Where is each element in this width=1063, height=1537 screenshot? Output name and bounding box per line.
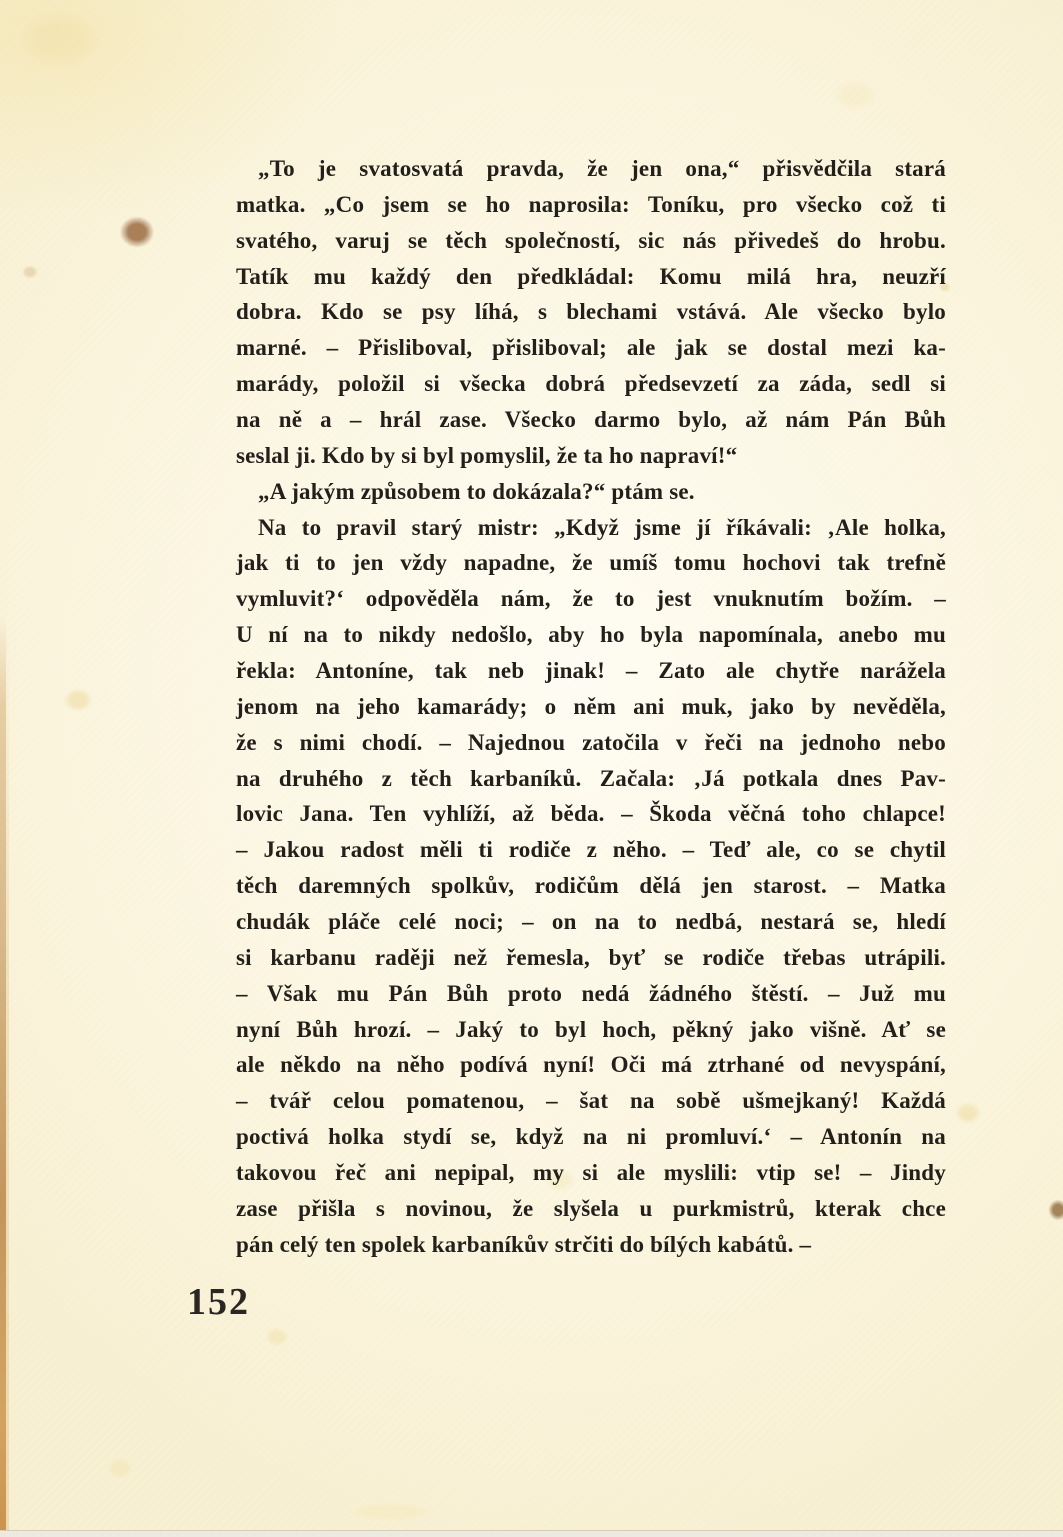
text-line: že s nimi chodí. – Najednou zatočila v ř… xyxy=(236,725,946,761)
text-line: těch daremných spolkův, rodičům dělá jen… xyxy=(236,868,946,904)
text-line: zase přišla s novinou, že slyšela u purk… xyxy=(236,1191,946,1227)
text-line: poctivá holka stydí se, když na ni proml… xyxy=(236,1119,946,1155)
text-line: Na to pravil starý mistr: „Když jsme jí … xyxy=(236,510,946,546)
text-line: U ní na to nikdy nedošlo, aby ho byla na… xyxy=(236,617,946,653)
text-line: „To je svatosvatá pravda, že jen ona,“ p… xyxy=(236,151,946,187)
text-line: nyní Bůh hrozí. – Jaký to byl hoch, pěkn… xyxy=(236,1012,946,1048)
text-block: „To je svatosvatá pravda, že jen ona,“ p… xyxy=(236,151,946,1263)
text-line: svatého, varuj se těch společností, sic … xyxy=(236,223,946,259)
text-line: jenom na jeho kamarády; o něm ani muk, j… xyxy=(236,689,946,725)
text-line: si karbanu raději než řemesla, byť se ro… xyxy=(236,940,946,976)
text-line: Tatík mu každý den předkládal: Komu milá… xyxy=(236,259,946,295)
text-line: marné. – Přisliboval, přisliboval; ale j… xyxy=(236,330,946,366)
text-line: „A jakým způsobem to dokázala?“ ptám se. xyxy=(236,474,946,510)
text-line: na ně a – hrál zase. Všecko darmo bylo, … xyxy=(236,402,946,438)
text-line: řekla: Antoníne, tak neb jinak! – Zato a… xyxy=(236,653,946,689)
text-line: seslal ji. Kdo by si byl pomyslil, že ta… xyxy=(236,438,946,474)
text-line: jak ti to jen vždy napadne, že umíš tomu… xyxy=(236,545,946,581)
scanned-page: { "page": { "number": "152" }, "colors":… xyxy=(0,0,1063,1537)
text-line: – Však mu Pán Bůh proto nedá žádného ště… xyxy=(236,976,946,1012)
text-line: vymluvit?‘ odpověděla nám, že to jest vn… xyxy=(236,581,946,617)
binding-edge-highlight xyxy=(6,620,9,1537)
text-line: marády, položil si všecka dobrá předsevz… xyxy=(236,366,946,402)
text-line: – Jakou radost měli ti rodiče z něho. – … xyxy=(236,832,946,868)
text-line: na druhého z těch karbaníků. Začala: ‚Já… xyxy=(236,761,946,797)
text-line: dobra. Kdo se psy líhá, s blechami vstáv… xyxy=(236,294,946,330)
page-number: 152 xyxy=(187,1280,250,1324)
text-line: lovic Jana. Ten vyhlíží, až běda. – Škod… xyxy=(236,796,946,832)
scan-bottom-edge xyxy=(0,1530,1063,1537)
text-line: – tvář celou pomatenou, – šat na sobě uš… xyxy=(236,1083,946,1119)
text-line: pán celý ten spolek karbaníkův strčiti d… xyxy=(236,1227,946,1263)
text-line: takovou řeč ani nepipal, my si ale mysli… xyxy=(236,1155,946,1191)
text-line: ale někdo na něho podívá nyní! Oči má zt… xyxy=(236,1047,946,1083)
text-line: chudák pláče celé noci; – on na to nedbá… xyxy=(236,904,946,940)
text-line: matka. „Co jsem se ho naprosila: Toníku,… xyxy=(236,187,946,223)
